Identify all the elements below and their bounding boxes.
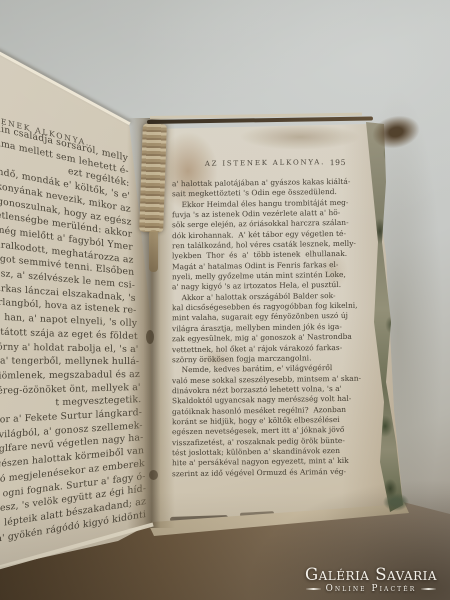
left-page-line: , a' tengerből, mellynek hullá-	[0, 355, 139, 369]
page-number: 195	[330, 158, 346, 167]
stain	[240, 124, 360, 150]
gutter-wear-mark	[146, 330, 154, 344]
right-page-running-header: AZ ISTENEK ALKONYA. 195	[172, 158, 358, 180]
watermark-subtitle-row: Online Piactér	[295, 584, 447, 594]
watermark-title: Galéria Savaria	[295, 566, 447, 583]
gutter-wear-mark	[149, 470, 158, 480]
watermark-rule-right	[421, 588, 436, 590]
photo-open-antique-book: AZ ISTENEK ALKONYA. lok Odin családja so…	[0, 0, 450, 600]
watermark-subtitle: Online Piactér	[326, 584, 417, 594]
watermark-rule-left	[306, 588, 321, 590]
green-corner-stain	[383, 493, 409, 511]
left-page-lines: lok Odin családja sorsáról, mellyhatalma…	[0, 153, 146, 521]
watermark: Galéria Savaria Online Piactér	[295, 566, 447, 594]
right-page-lines: a' halottak palotájában a' gyászos kakas…	[172, 177, 358, 480]
right-page-header-title: AZ ISTENEK ALKONYA.	[205, 158, 325, 168]
right-page-text: AZ ISTENEK ALKONYA. 195 a' halottak palo…	[172, 158, 358, 480]
binding-stitches	[139, 124, 167, 233]
binding-thread	[149, 230, 158, 272]
right-page-line: szerint az idő végével Ormuzd és Arimán …	[172, 466, 358, 479]
left-page-text: AZ ISTENEK ALKONYA. lok Odin családja so…	[0, 96, 146, 521]
